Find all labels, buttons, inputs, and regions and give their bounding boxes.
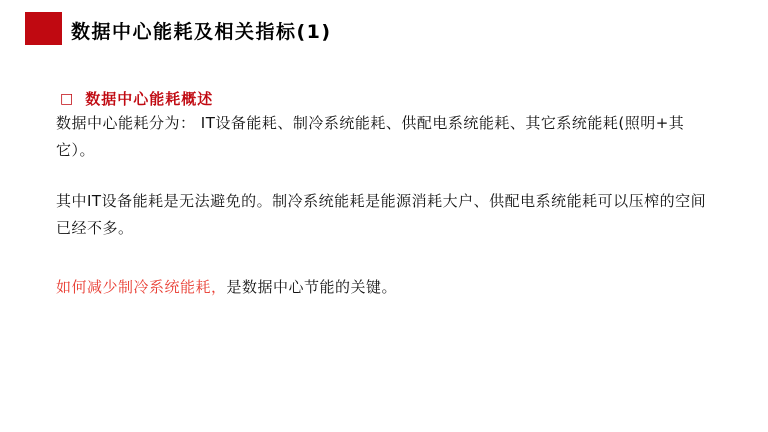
section-heading-label: 数据中心能耗概述 (85, 90, 213, 108)
paragraph-line: 其中IT设备能耗是无法避免的。制冷系统能耗是能源消耗大户、供配电系统能耗可以压榨… (56, 188, 736, 215)
section-heading: □数据中心能耗概述 (60, 88, 213, 109)
paragraph-line: 数据中心能耗分为： IT设备能耗、制冷系统能耗、供配电系统能耗、其它系统能耗(照… (56, 110, 736, 137)
title-accent-square (25, 12, 62, 45)
highlighted-text: 如何减少制冷系统能耗， (56, 278, 227, 296)
paragraph-energy-analysis: 其中IT设备能耗是无法避免的。制冷系统能耗是能源消耗大户、供配电系统能耗可以压榨… (56, 188, 736, 242)
paragraph-line: 它）。 (56, 137, 736, 164)
slide: 数据中心能耗及相关指标(1) □数据中心能耗概述 数据中心能耗分为： IT设备能… (0, 0, 768, 432)
paragraph-energy-breakdown: 数据中心能耗分为： IT设备能耗、制冷系统能耗、供配电系统能耗、其它系统能耗(照… (56, 110, 736, 164)
conclusion-text: 是数据中心节能的关键。 (227, 278, 398, 296)
paragraph-key-conclusion: 如何减少制冷系统能耗，是数据中心节能的关键。 (56, 274, 736, 301)
square-bullet-icon: □ (60, 91, 74, 107)
paragraph-line: 已经不多。 (56, 215, 736, 242)
page-title: 数据中心能耗及相关指标(1) (71, 17, 332, 44)
